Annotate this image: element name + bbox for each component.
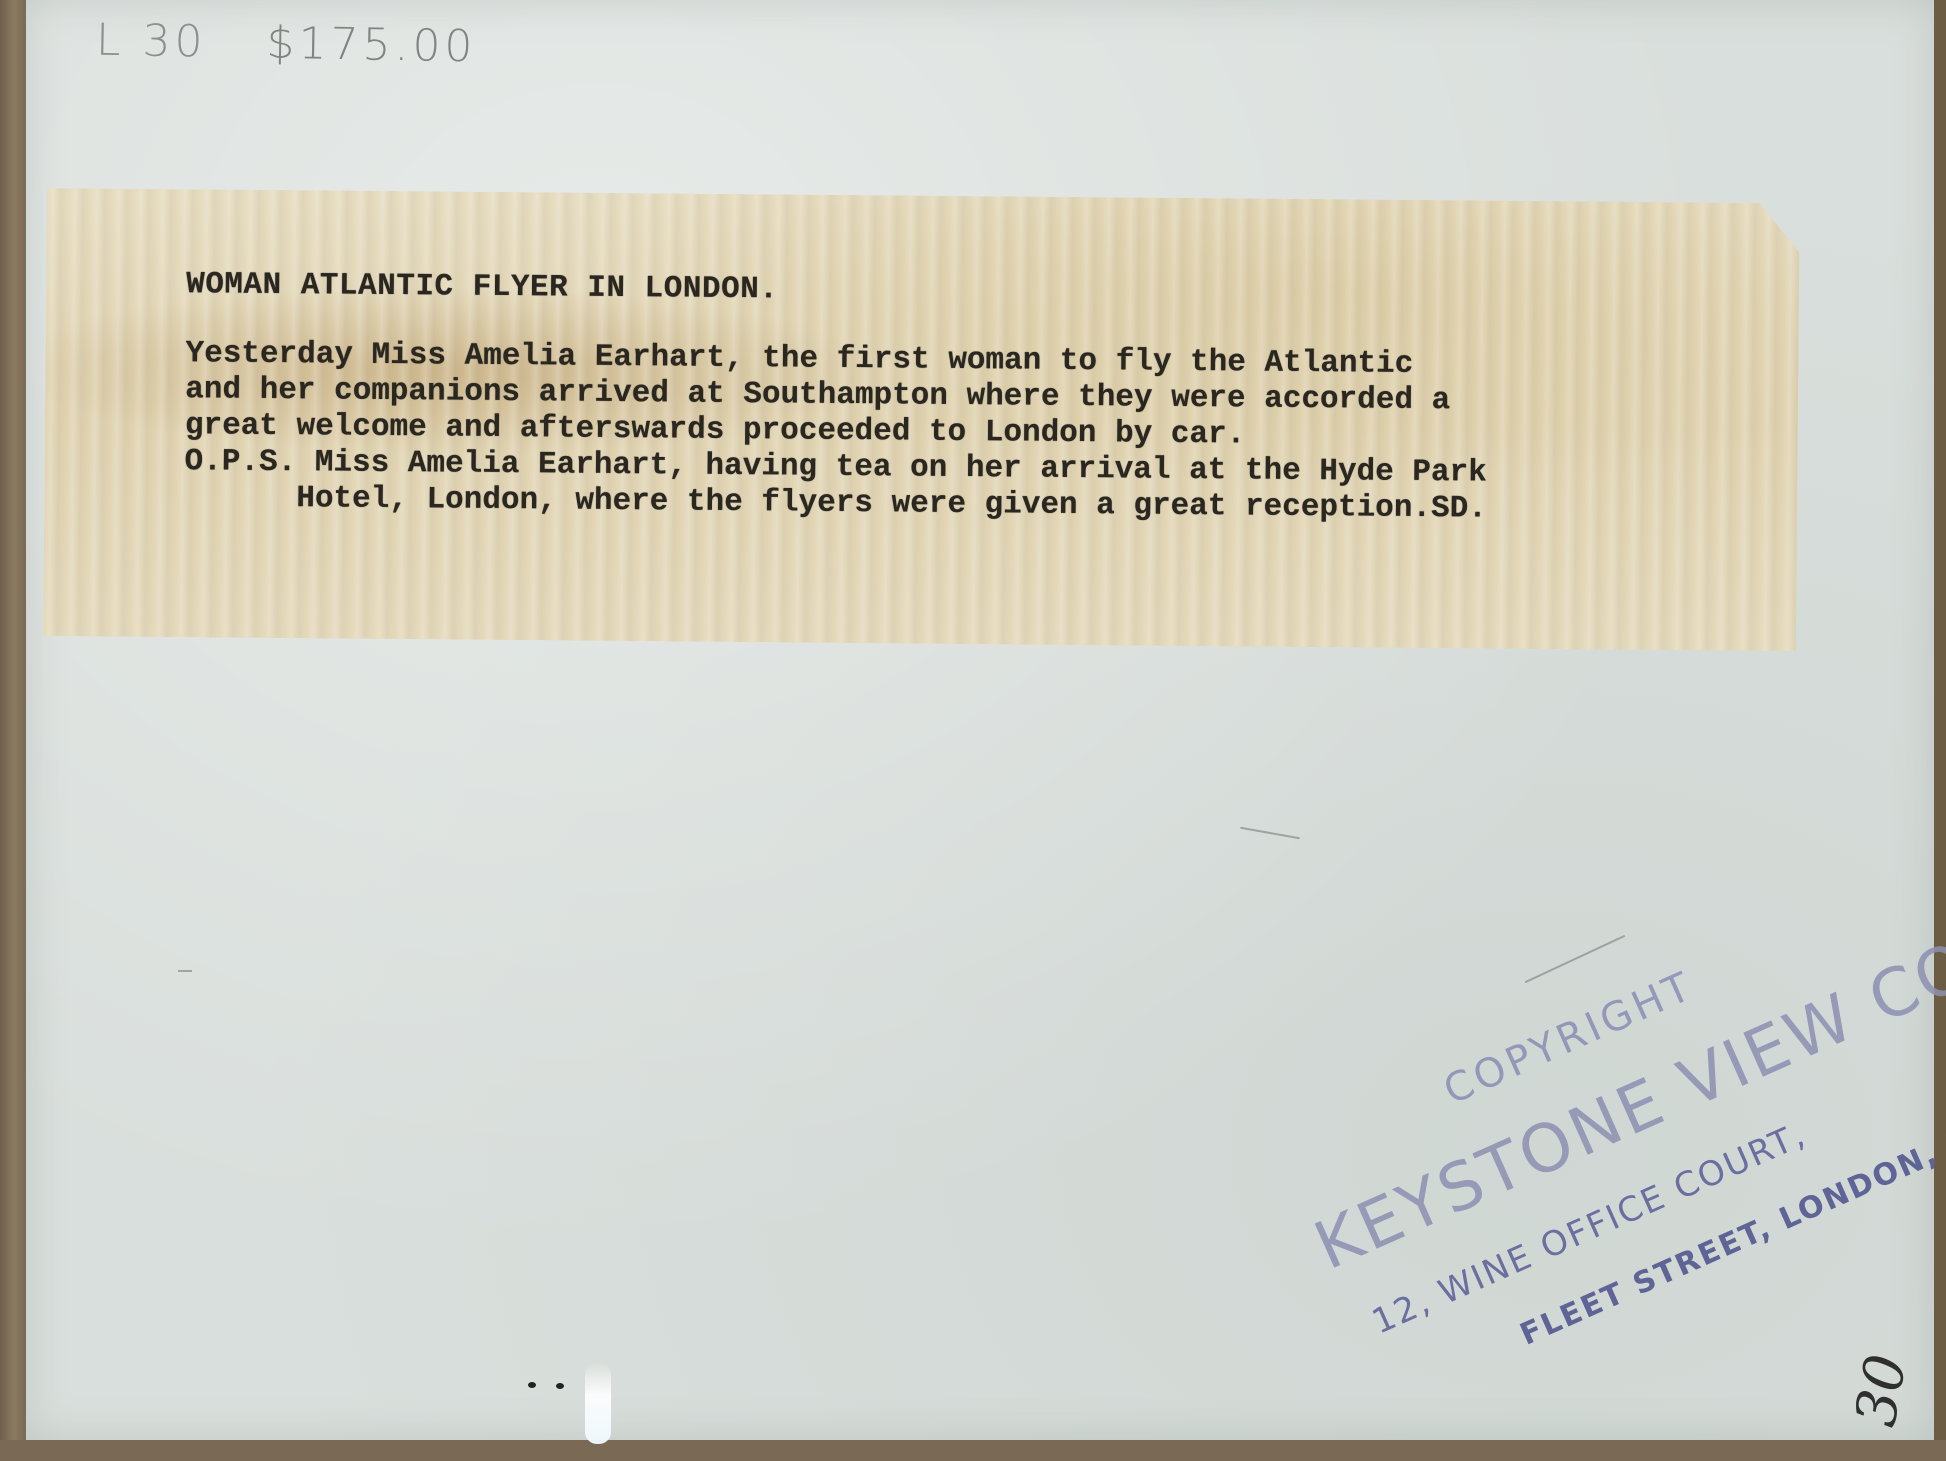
light-glare [585, 1362, 611, 1444]
ink-speck [556, 1383, 564, 1389]
caption-strip: WOMAN ATLANTIC FLYER IN LONDON. Yesterda… [43, 188, 1869, 652]
ink-speck [528, 1382, 536, 1388]
corner-handwritten-mark: 30 [1843, 1350, 1919, 1431]
pencil-inscription: L 30$175.00 [96, 15, 477, 73]
frame-bottom-edge [0, 1440, 1946, 1461]
lot-number: L 30 [96, 15, 207, 68]
caption-title: WOMAN ATLANTIC FLYER IN LONDON. [186, 267, 1489, 313]
frame-right-edge [1934, 0, 1946, 1461]
paper-scratch [178, 970, 192, 972]
caption-text: WOMAN ATLANTIC FLYER IN LONDON. Yesterda… [184, 267, 1489, 527]
price-note: $175.00 [266, 18, 477, 73]
